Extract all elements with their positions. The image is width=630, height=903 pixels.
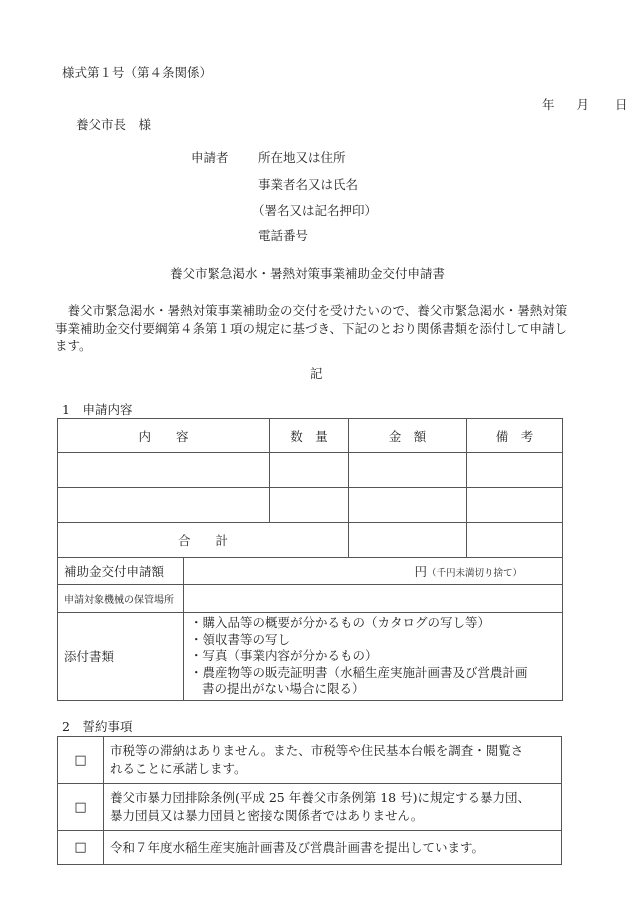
attachment-item: ・領収書等の写し: [190, 632, 562, 649]
attachment-item-continued: 書の提出がない場合に限る）: [190, 681, 562, 698]
total-remarks-cell[interactable]: [467, 523, 563, 558]
date-month-label: 月: [577, 99, 590, 112]
storage-location-label: 申請対象機械の保管場所: [58, 585, 184, 613]
column-header-amount: 金 額: [349, 419, 467, 453]
section-1-heading: 1 申請内容: [62, 404, 132, 417]
amount-cell[interactable]: [349, 488, 467, 523]
table-row: [58, 453, 563, 488]
attachment-item: ・農産物等の販売証明書（水稲生産実施計画書及び営農計画: [190, 665, 562, 682]
column-header-remarks: 備 考: [467, 419, 563, 453]
pledge-text: 令和７年度水稲生産実施計画書及び営農計画書を提出しています。: [104, 831, 562, 865]
document-title: 養父市緊急渇水・暑熱対策事業補助金交付申請書: [170, 268, 445, 281]
pledge-row: □ 令和７年度水稲生産実施計画書及び営農計画書を提出しています。: [58, 831, 562, 865]
date-line: 年月日: [474, 99, 628, 112]
subsidy-unit: 円: [414, 564, 427, 579]
column-header-quantity: 数 量: [270, 419, 349, 453]
quantity-cell[interactable]: [270, 488, 349, 523]
remarks-cell[interactable]: [467, 488, 563, 523]
pledge-row: □ 市税等の滞納はありません。また、市税等や住民基本台帳を調査・閲覧さ れること…: [58, 737, 562, 784]
total-row: 合 計: [58, 523, 563, 558]
pledge-text-line: 暴力団員又は暴力団員と密接な関係者ではありません。: [110, 807, 555, 825]
amount-cell[interactable]: [349, 453, 467, 488]
applicant-signature-label: （署名又は記名押印）: [252, 205, 377, 218]
pledge-checkbox[interactable]: □: [58, 737, 104, 784]
content-cell[interactable]: [58, 488, 270, 523]
pledge-text-line: れることに承諾します。: [110, 760, 555, 778]
quantity-cell[interactable]: [270, 453, 349, 488]
table-header-row: 内 容 数 量 金 額 備 考: [58, 419, 563, 453]
form-number: 様式第１号（第４条関係）: [62, 67, 212, 80]
attachments-label: 添付書類: [58, 613, 184, 701]
attachments-list: ・購入品等の概要が分かるもの（カタログの写し等） ・領収書等の写し ・写真（事業…: [184, 613, 563, 701]
attachment-item: ・購入品等の概要が分かるもの（カタログの写し等）: [190, 615, 562, 632]
column-header-content: 内 容: [58, 419, 270, 453]
storage-location-field[interactable]: [184, 585, 563, 613]
attachment-item: ・写真（事業内容が分かるもの）: [190, 648, 562, 665]
pledge-table: □ 市税等の滞納はありません。また、市税等や住民基本台帳を調査・閲覧さ れること…: [57, 736, 562, 865]
pledge-text: 養父市暴力団排除条例(平成 25 年養父市条例第 18 号)に規定する暴力団、 …: [104, 784, 562, 831]
total-amount-cell[interactable]: [349, 523, 467, 558]
application-statement: 養父市緊急渇水・暑熱対策事業補助金の交付を受けたいので、養父市緊急渇水・暑熱対策…: [55, 302, 570, 355]
pledge-checkbox[interactable]: □: [58, 831, 104, 865]
pledge-text-line: 市税等の滞納はありません。また、市税等や住民基本台帳を調査・閲覧さ: [110, 742, 555, 760]
applicant-address-label: 所在地又は住所: [258, 152, 346, 165]
applicant-name-label: 事業者名又は氏名: [258, 179, 358, 192]
section-2-heading: 2 誓約事項: [62, 721, 132, 734]
subsidy-label: 補助金交付申請額: [58, 558, 184, 585]
subsidy-note: （千円未満切り捨て）: [427, 568, 522, 579]
applicant-label: 申請者: [191, 152, 229, 165]
storage-row: 申請対象機械の保管場所: [58, 585, 563, 613]
application-content-table: 内 容 数 量 金 額 備 考 合 計 補助金交付申請額 円（千円未満切り捨て）…: [57, 418, 563, 701]
subsidy-amount-field[interactable]: 円（千円未満切り捨て）: [184, 558, 563, 585]
total-label: 合 計: [58, 523, 349, 558]
pledge-row: □ 養父市暴力団排除条例(平成 25 年養父市条例第 18 号)に規定する暴力団…: [58, 784, 562, 831]
attachments-row: 添付書類 ・購入品等の概要が分かるもの（カタログの写し等） ・領収書等の写し ・…: [58, 613, 563, 701]
date-year-label: 年: [542, 99, 555, 112]
pledge-text: 市税等の滞納はありません。また、市税等や住民基本台帳を調査・閲覧さ れることに承…: [104, 737, 562, 784]
remarks-cell[interactable]: [467, 453, 563, 488]
addressee: 養父市長 様: [76, 119, 151, 132]
subsidy-row: 補助金交付申請額 円（千円未満切り捨て）: [58, 558, 563, 585]
date-day-label: 日: [615, 99, 628, 112]
pledge-checkbox[interactable]: □: [58, 784, 104, 831]
table-row: [58, 488, 563, 523]
ki-marker: 記: [310, 368, 323, 381]
applicant-phone-label: 電話番号: [258, 230, 308, 243]
pledge-text-line: 養父市暴力団排除条例(平成 25 年養父市条例第 18 号)に規定する暴力団、: [110, 789, 555, 807]
content-cell[interactable]: [58, 453, 270, 488]
